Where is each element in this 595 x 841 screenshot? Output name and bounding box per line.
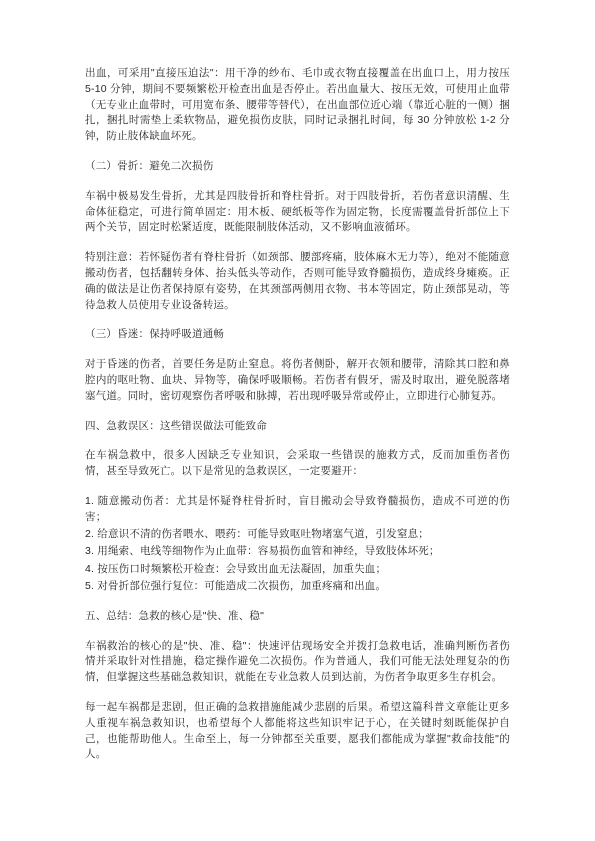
misconception-item-5: 5. 对骨折部位强行复位：可能造成二次损伤，加重疼痛和出血。 <box>85 579 510 595</box>
paragraph-coma-airway: 对于昏迷的伤者，首要任务是防止窒息。将伤者侧卧，解开衣领和腰带，清除其口腔和鼻腔… <box>85 357 510 404</box>
paragraph-spine-warning: 特别注意：若怀疑伤者有脊柱骨折（如颈部、腰部疼痛，肢体麻木无力等），绝对不能随意… <box>85 250 510 313</box>
misconception-item-2: 2. 给意识不清的伤者喂水、喂药：可能导致呕吐物堵塞气道，引发窒息； <box>85 527 510 543</box>
heading-fracture: （二）骨折：避免二次损伤 <box>85 159 510 175</box>
paragraph-fracture-fixation: 车祸中极易发生骨折，尤其是四肢骨折和脊柱骨折。对于四肢骨折，若伤者意识清醒、生命… <box>85 189 510 236</box>
heading-misconceptions: 四、急救误区：这些错误做法可能致命 <box>85 419 510 435</box>
heading-summary: 五、总结：急救的核心是"快、准、稳" <box>85 609 510 625</box>
paragraph-closing: 每一起车祸都是悲剧，但正确的急救措施能减少悲剧的后果。希望这篇科普文章能让更多人… <box>85 700 510 763</box>
paragraph-misconceptions-intro: 在车祸急救中，很多人因缺乏专业知识，会采取一些错误的施救方式，反而加重伤者伤情，… <box>85 448 510 480</box>
paragraph-bleeding-pressure: 出血，可采用"直接压迫法"：用干净的纱布、毛巾或衣物直接覆盖在出血口上，用力按压… <box>85 66 510 145</box>
misconception-item-3: 3. 用绳索、电线等细物作为止血带：容易损伤血管和神经，导致肢体坏死； <box>85 544 510 560</box>
document-page: 出血，可采用"直接压迫法"：用干净的纱布、毛巾或衣物直接覆盖在出血口上，用力按压… <box>0 0 595 841</box>
article-body: 出血，可采用"直接压迫法"：用干净的纱布、毛巾或衣物直接覆盖在出血口上，用力按压… <box>0 0 595 763</box>
misconception-item-1: 1. 随意搬动伤者：尤其是怀疑脊柱骨折时，盲目搬动会导致脊髓损伤，造成不可逆的伤… <box>85 494 510 526</box>
misconception-list: 1. 随意搬动伤者：尤其是怀疑脊柱骨折时，盲目搬动会导致脊髓损伤，造成不可逆的伤… <box>85 494 510 595</box>
paragraph-summary: 车祸救治的核心的是"快、准、稳"：快速评估现场安全并拨打急救电话，准确判断伤者伤… <box>85 639 510 686</box>
heading-coma: （三）昏迷：保持呼吸道通畅 <box>85 327 510 343</box>
misconception-item-4: 4. 按压伤口时频繁松开检查：会导致出血无法凝固，加重失血； <box>85 562 510 578</box>
